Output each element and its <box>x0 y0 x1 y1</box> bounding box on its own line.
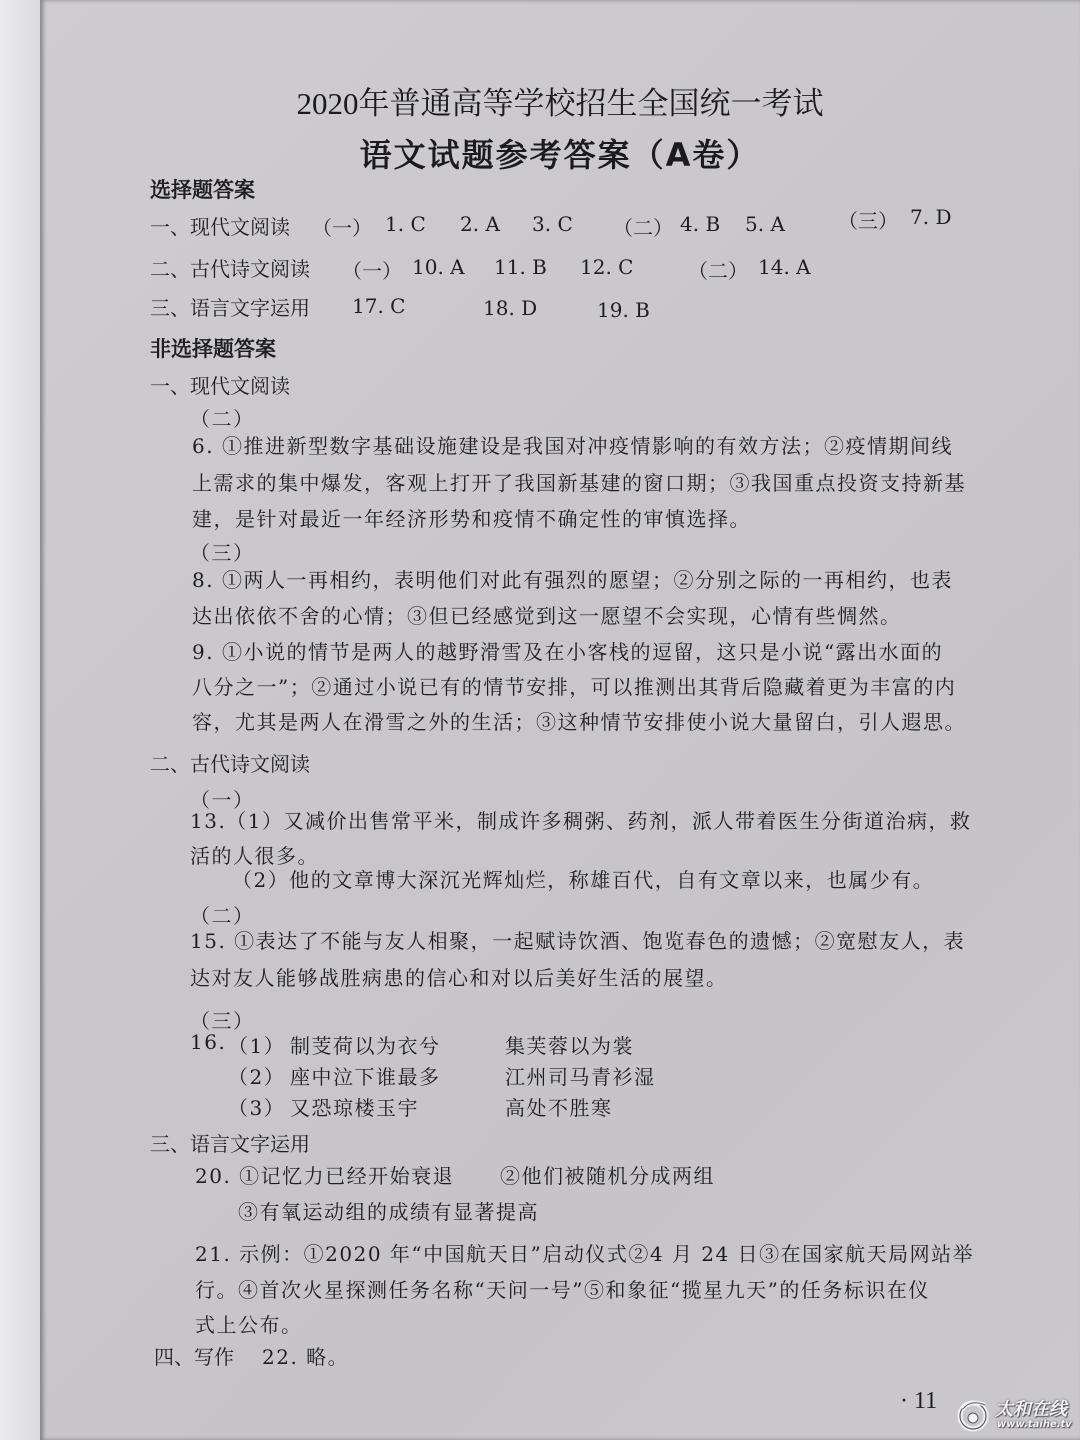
page-number: · 11 <box>900 1388 937 1415</box>
answer: 3. C <box>532 212 573 236</box>
answer-q22: 22. 略。 <box>262 1341 349 1370</box>
answer-q8-line: 达出依依不舍的心情；③但已经感觉到这一愿望不会实现，心情有些惆然。 <box>192 600 902 629</box>
answer-q9-line: 9. ①小说的情节是两人的越野滑雪及在小客栈的逗留，这只是小说“露出水面的 <box>192 636 943 665</box>
answer: 10. A <box>412 255 465 279</box>
q16-item-number: （1） <box>228 1030 285 1059</box>
part-label: （二） <box>613 212 673 241</box>
part-label: （三） <box>190 537 255 566</box>
q16-item-second: 集芙蓉以为裳 <box>505 1030 634 1059</box>
section-label-modern-reading: 一、现代文阅读 <box>150 370 290 399</box>
section-label: 一、现代文阅读 <box>150 211 290 240</box>
watermark-url: www.taihe.tv <box>997 1419 1072 1430</box>
answer: 5. A <box>745 212 785 236</box>
section-label: 三、语言文字运用 <box>150 292 310 321</box>
swirl-logo-icon <box>955 1397 991 1433</box>
answer-q6-line: 建，是针对最近一年经济形势和疫情不确定性的审慎选择。 <box>192 503 751 532</box>
answer-q8-line: 8. ①两人一再相约，表明他们对此有强烈的愿望；②分别之际的一再相约，也表 <box>192 564 953 593</box>
answer: 18. D <box>483 296 537 320</box>
answer: 11. B <box>494 255 547 279</box>
answer: 19. B <box>597 298 650 322</box>
answer-q9-line: 容，尤其是两人在滑雪之外的生活；③这种情节安排使小说大量留白，引人遐思。 <box>192 706 966 735</box>
non-choice-answers-heading: 非选择题答案 <box>150 333 276 363</box>
section-label-classical-reading: 二、古代诗文阅读 <box>150 748 310 777</box>
q16-number: 16. <box>190 1030 226 1054</box>
answer-q15-line: 达对友人能够战胜病患的信心和对以后美好生活的展望。 <box>190 962 728 991</box>
q16-item-first: 又恐琼楼玉宇 <box>290 1092 419 1121</box>
answer-sheet-page: 2020年普通高等学校招生全国统一考试 语文试题参考答案（A卷） 选择题答案 一… <box>40 0 1080 1440</box>
answer: 2. A <box>460 212 500 236</box>
answer-q6-line: 6. ①推进新型数字基础设施建设是我国对冲疫情影响的有效方法；②疫情期间线 <box>192 430 953 459</box>
part-label: （二） <box>190 403 255 432</box>
answer: 7. D <box>910 205 951 229</box>
answer-q13-line: （2）他的文章博大深沉光辉灿烂，称雄百代，自有文章以来，也属少有。 <box>232 864 934 893</box>
answer: 14. A <box>758 255 811 279</box>
exam-title: 2020年普通高等学校招生全国统一考试 <box>40 78 1080 123</box>
q16-item-number: （2） <box>228 1061 285 1090</box>
q16-item-second: 高处不胜寒 <box>505 1092 613 1121</box>
answer: 12. C <box>580 255 633 279</box>
answer-q15-line: 15. ①表达了不能与友人相聚，一起赋诗饮酒、饱览春色的遗憾；②宽慰友人，表 <box>190 925 965 954</box>
section-label-writing: 四、写作 <box>154 1341 234 1370</box>
answer-q21-line: 21. 示例：①2020 年“中国航天日”启动仪式②4 月 24 日③在国家航天… <box>195 1238 974 1267</box>
answer: 4. B <box>680 212 720 236</box>
answer: 17. C <box>352 294 405 318</box>
background-surface <box>0 0 40 1440</box>
answer-q21-line: 行。④首次火星探测任务名称“天问一号”⑤和象征“揽星九天”的任务标识在仪 <box>195 1274 930 1303</box>
answer-q20-part2: ②他们被随机分成两组 <box>500 1160 715 1189</box>
q16-item-first: 制芰荷以为衣兮 <box>290 1030 441 1059</box>
part-label: （一） <box>312 212 372 241</box>
watermark-brand: 太和在线 <box>995 1395 1067 1421</box>
part-label: （二） <box>688 255 748 284</box>
answer-q6-line: 上需求的集中爆发，客观上打开了我国新基建的窗口期；③我国重点投资支持新基 <box>192 467 966 496</box>
answer: 1. C <box>385 212 426 236</box>
answer-q9-line: 八分之一”；②通过小说已有的情节安排，可以推测出其背后隐藏着更为丰富的内 <box>192 671 956 700</box>
q16-item-second: 江州司马青衫湿 <box>505 1061 656 1090</box>
answer-q13-line: 13.（1）又减价出售常平米，制成许多稠粥、药剂，派人带着医生分街道治病，救 <box>190 805 972 834</box>
part-label: （三） <box>838 205 898 234</box>
q16-item-first: 座中泣下谁最多 <box>290 1061 441 1090</box>
part-label: （一） <box>342 255 402 284</box>
choice-answers-heading: 选择题答案 <box>150 174 255 204</box>
section-label: 二、古代诗文阅读 <box>150 253 310 282</box>
answer-q20-part3: ③有氧运动组的成绩有显著提高 <box>238 1196 539 1225</box>
answer-q20-part1: 20. ①记忆力已经开始衰退 <box>195 1160 454 1189</box>
watermark: 太和在线 www.taihe.tv <box>955 1395 1080 1440</box>
section-label-language-use: 三、语言文字运用 <box>150 1128 310 1157</box>
answer-key-title: 语文试题参考答案（A卷） <box>40 130 1080 176</box>
answer-q21-line: 式上公布。 <box>195 1309 303 1338</box>
q16-item-number: （3） <box>228 1092 285 1121</box>
